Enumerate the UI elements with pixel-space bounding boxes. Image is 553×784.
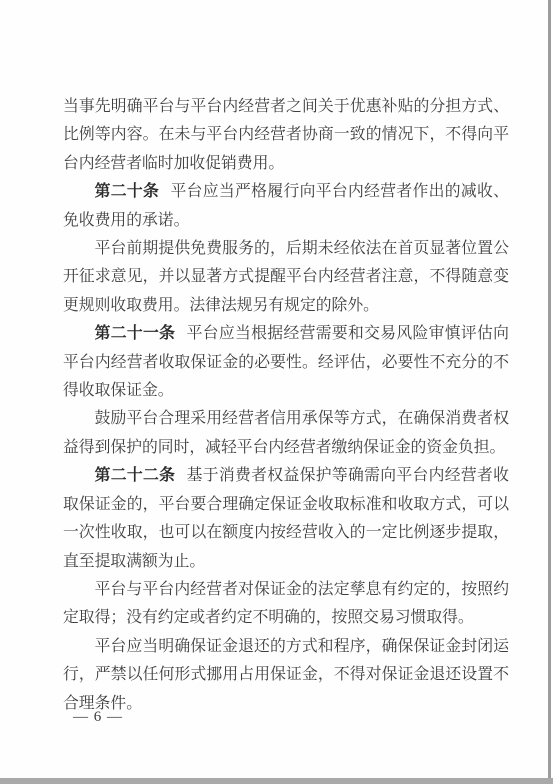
article-number: 第二十条 xyxy=(95,183,160,200)
paragraph: 第二十二条基于消费者权益保护等确需向平台内经营者收取保证金的，平台要合理确定保证… xyxy=(63,462,509,576)
article-number: 第二十二条 xyxy=(95,467,176,484)
paragraph: 鼓励平台合理采用经营者信用承保等方式，在确保消费者权益得到保护的同时，减轻平台内… xyxy=(63,405,509,462)
paragraph: 第二十一条平台应当根据经营需要和交易风险审慎评估向平台内经营者收取保证金的必要性… xyxy=(63,320,509,405)
paragraph-text: 平台前期提供免费服务的，后期未经依法在首页显著位置公开征求意见，并以显著方式提醒… xyxy=(63,240,509,314)
document-page: 当事先明确平台与平台内经营者之间关于优惠补贴的分担方式、比例等内容。在未与平台内… xyxy=(0,0,553,784)
paragraph-text: 当事先明确平台与平台内经营者之间关于优惠补贴的分担方式、比例等内容。在未与平台内… xyxy=(63,98,509,172)
paragraph: 平台与平台内经营者对保证金的法定孳息有约定的，按照约定取得；没有约定或者约定不明… xyxy=(63,576,509,633)
paragraph: 第二十条平台应当严格履行向平台内经营者作出的减收、免收费用的承诺。 xyxy=(63,178,509,235)
page-number: — 6 — xyxy=(73,707,123,727)
paragraph: 平台应当明确保证金退还的方式和程序，确保保证金封闭运行，严禁以任何形式挪用占用保… xyxy=(63,633,509,718)
paragraph: 当事先明确平台与平台内经营者之间关于优惠补贴的分担方式、比例等内容。在未与平台内… xyxy=(63,93,509,178)
scan-edge-bottom xyxy=(0,778,553,784)
document-body: 当事先明确平台与平台内经营者之间关于优惠补贴的分担方式、比例等内容。在未与平台内… xyxy=(63,93,509,718)
paragraph-text: 平台应当明确保证金退还的方式和程序，确保保证金封闭运行，严禁以任何形式挪用占用保… xyxy=(63,638,509,712)
paragraph-text: 平台与平台内经营者对保证金的法定孳息有约定的，按照约定取得；没有约定或者约定不明… xyxy=(63,581,509,626)
article-number: 第二十一条 xyxy=(95,325,176,342)
scan-edge-right xyxy=(548,0,551,784)
paragraph-text: 鼓励平台合理采用经营者信用承保等方式，在确保消费者权益得到保护的同时，减轻平台内… xyxy=(63,410,509,455)
paragraph: 平台前期提供免费服务的，后期未经依法在首页显著位置公开征求意见，并以显著方式提醒… xyxy=(63,235,509,320)
